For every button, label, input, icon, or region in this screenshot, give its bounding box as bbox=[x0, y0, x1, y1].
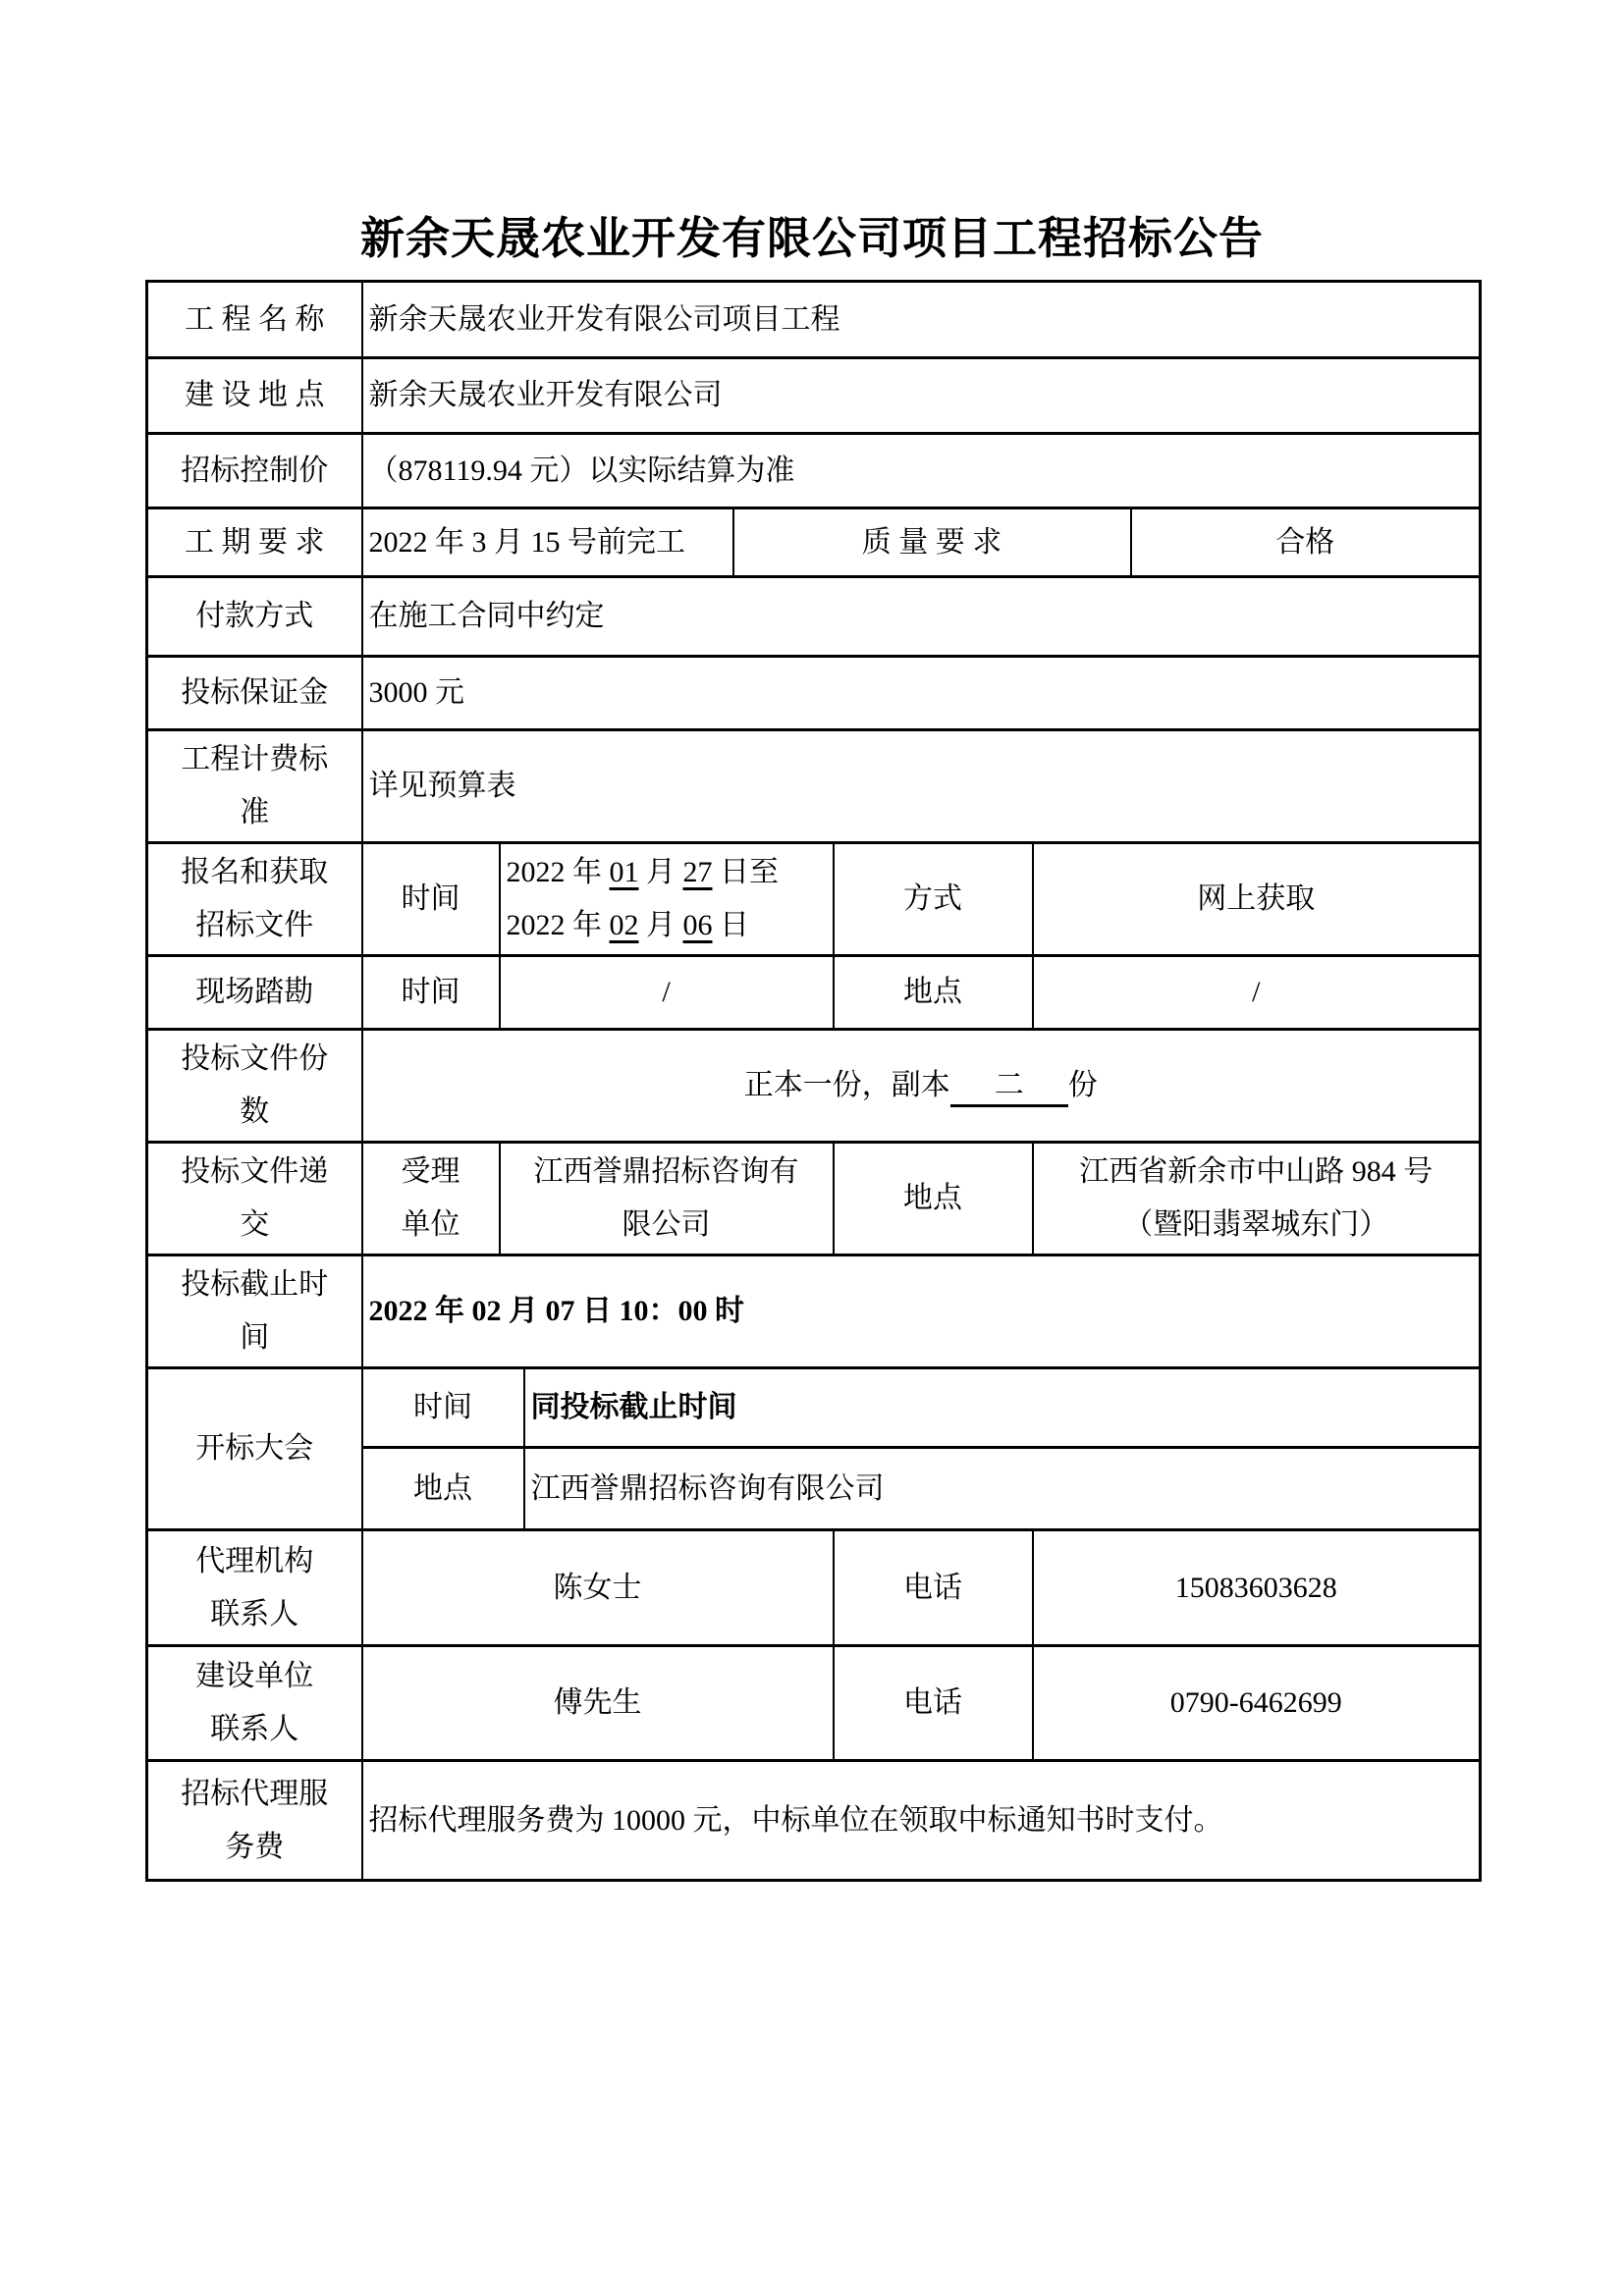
agency-contact-label: 代理机构 联系人 bbox=[147, 1530, 362, 1646]
copies-prefix: 正本一份，副本 bbox=[744, 1069, 950, 1101]
date2-day: 06 bbox=[683, 909, 713, 941]
submission-label: 投标文件递 交 bbox=[147, 1143, 362, 1255]
location-label: 建 设 地 点 bbox=[147, 358, 362, 434]
date2-month: 02 bbox=[610, 909, 639, 941]
submission-place-value: 江西省新余市中山路 984 号 （暨阳翡翠城东门） bbox=[1033, 1143, 1481, 1255]
copies-label: 投标文件份 数 bbox=[147, 1030, 362, 1143]
site-visit-label: 现场踏勘 bbox=[147, 956, 362, 1030]
agency-fee-value: 招标代理服务费为 10000 元，中标单位在领取中标通知书时支付。 bbox=[362, 1761, 1481, 1881]
submission-accept-label: 受理 单位 bbox=[362, 1143, 500, 1255]
payment-label: 付款方式 bbox=[147, 577, 362, 657]
owner-contact-label: 建设单位 联系人 bbox=[147, 1646, 362, 1761]
deadline-label: 投标截止时 间 bbox=[147, 1255, 362, 1368]
opening-label: 开标大会 bbox=[147, 1368, 362, 1530]
site-visit-place-label: 地点 bbox=[834, 956, 1033, 1030]
bid-bond-label: 投标保证金 bbox=[147, 657, 362, 730]
date2-part2: 月 bbox=[639, 909, 683, 941]
project-name-label: 工 程 名 称 bbox=[147, 282, 362, 358]
copies-value: 正本一份，副本二份 bbox=[362, 1030, 1481, 1143]
tender-info-table: 工 程 名 称 新余天晟农业开发有限公司项目工程 建 设 地 点 新余天晟农业开… bbox=[145, 280, 1482, 1882]
row-project-name: 工 程 名 称 新余天晟农业开发有限公司项目工程 bbox=[147, 282, 1481, 358]
row-duration: 工 期 要 求 2022 年 3 月 15 号前完工 质 量 要 求 合格 bbox=[147, 508, 1481, 577]
row-control-price: 招标控制价 （878119.94 元）以实际结算为准 bbox=[147, 434, 1481, 508]
opening-place-label: 地点 bbox=[362, 1448, 524, 1530]
agency-fee-label: 招标代理服 务费 bbox=[147, 1761, 362, 1881]
signup-label: 报名和获取 招标文件 bbox=[147, 843, 362, 956]
signup-method-value: 网上获取 bbox=[1033, 843, 1481, 956]
row-submission: 投标文件递 交 受理 单位 江西誉鼎招标咨询有 限公司 地点 江西省新余市中山路… bbox=[147, 1143, 1481, 1255]
row-owner-contact: 建设单位 联系人 傅先生 电话 0790-6462699 bbox=[147, 1646, 1481, 1761]
row-copies: 投标文件份 数 正本一份，副本二份 bbox=[147, 1030, 1481, 1143]
date2-part3: 日 bbox=[713, 909, 750, 941]
agency-phone-label: 电话 bbox=[834, 1530, 1033, 1646]
row-agency-contact: 代理机构 联系人 陈女士 电话 15083603628 bbox=[147, 1530, 1481, 1646]
submission-accept-value: 江西誉鼎招标咨询有 限公司 bbox=[500, 1143, 834, 1255]
signup-dates: 2022 年 01 月 27 日至2022 年 02 月 06 日 bbox=[500, 843, 834, 956]
payment-value: 在施工合同中约定 bbox=[362, 577, 1481, 657]
owner-phone-label: 电话 bbox=[834, 1646, 1033, 1761]
date1-month: 01 bbox=[610, 856, 639, 888]
site-visit-time-label: 时间 bbox=[362, 956, 500, 1030]
date2-part1: 2022 年 bbox=[507, 909, 610, 941]
quality-value: 合格 bbox=[1131, 508, 1481, 577]
duration-value: 2022 年 3 月 15 号前完工 bbox=[362, 508, 733, 577]
signup-date-line2: 2022 年 02 月 06 日 bbox=[507, 899, 827, 952]
agency-contact-name: 陈女士 bbox=[362, 1530, 834, 1646]
page-title: 新余天晟农业开发有限公司项目工程招标公告 bbox=[0, 202, 1624, 266]
quality-label: 质 量 要 求 bbox=[733, 508, 1131, 577]
date1-part1: 2022 年 bbox=[507, 856, 610, 888]
date1-part2: 月 bbox=[639, 856, 683, 888]
site-visit-place-value: / bbox=[1033, 956, 1481, 1030]
row-opening-time: 开标大会 时间 同投标截止时间 bbox=[147, 1368, 1481, 1448]
duration-label: 工 期 要 求 bbox=[147, 508, 362, 577]
copies-suffix: 份 bbox=[1068, 1069, 1098, 1101]
deadline-value: 2022 年 02 月 07 日 10：00 时 bbox=[362, 1255, 1481, 1368]
signup-time-label: 时间 bbox=[362, 843, 500, 956]
signup-method-label: 方式 bbox=[834, 843, 1033, 956]
row-fee-standard: 工程计费标 准 详见预算表 bbox=[147, 730, 1481, 843]
owner-phone-value: 0790-6462699 bbox=[1033, 1646, 1481, 1761]
project-name-value: 新余天晟农业开发有限公司项目工程 bbox=[362, 282, 1481, 358]
document-page: 新余天晟农业开发有限公司项目工程招标公告 工 程 名 称 新余天晟农业开发有限公… bbox=[0, 0, 1624, 2296]
site-visit-time-value: / bbox=[500, 956, 834, 1030]
control-price-label: 招标控制价 bbox=[147, 434, 362, 508]
fee-standard-value: 详见预算表 bbox=[362, 730, 1481, 843]
row-bid-bond: 投标保证金 3000 元 bbox=[147, 657, 1481, 730]
bid-bond-value: 3000 元 bbox=[362, 657, 1481, 730]
row-signup: 报名和获取 招标文件 时间 2022 年 01 月 27 日至2022 年 02… bbox=[147, 843, 1481, 956]
row-site-visit: 现场踏勘 时间 / 地点 / bbox=[147, 956, 1481, 1030]
row-payment: 付款方式 在施工合同中约定 bbox=[147, 577, 1481, 657]
submission-place-label: 地点 bbox=[834, 1143, 1033, 1255]
copies-count-underlined: 二 bbox=[950, 1067, 1068, 1107]
date1-part3: 日至 bbox=[713, 856, 780, 888]
date1-day: 27 bbox=[683, 856, 713, 888]
control-price-value: （878119.94 元）以实际结算为准 bbox=[362, 434, 1481, 508]
fee-standard-label: 工程计费标 准 bbox=[147, 730, 362, 843]
opening-place-value: 江西誉鼎招标咨询有限公司 bbox=[524, 1448, 1481, 1530]
opening-time-value: 同投标截止时间 bbox=[524, 1368, 1481, 1448]
agency-phone-value: 15083603628 bbox=[1033, 1530, 1481, 1646]
row-agency-fee: 招标代理服 务费 招标代理服务费为 10000 元，中标单位在领取中标通知书时支… bbox=[147, 1761, 1481, 1881]
location-value: 新余天晟农业开发有限公司 bbox=[362, 358, 1481, 434]
row-deadline: 投标截止时 间 2022 年 02 月 07 日 10：00 时 bbox=[147, 1255, 1481, 1368]
signup-date-line1: 2022 年 01 月 27 日至 bbox=[507, 846, 827, 899]
owner-contact-name: 傅先生 bbox=[362, 1646, 834, 1761]
row-location: 建 设 地 点 新余天晟农业开发有限公司 bbox=[147, 358, 1481, 434]
opening-time-label: 时间 bbox=[362, 1368, 524, 1448]
